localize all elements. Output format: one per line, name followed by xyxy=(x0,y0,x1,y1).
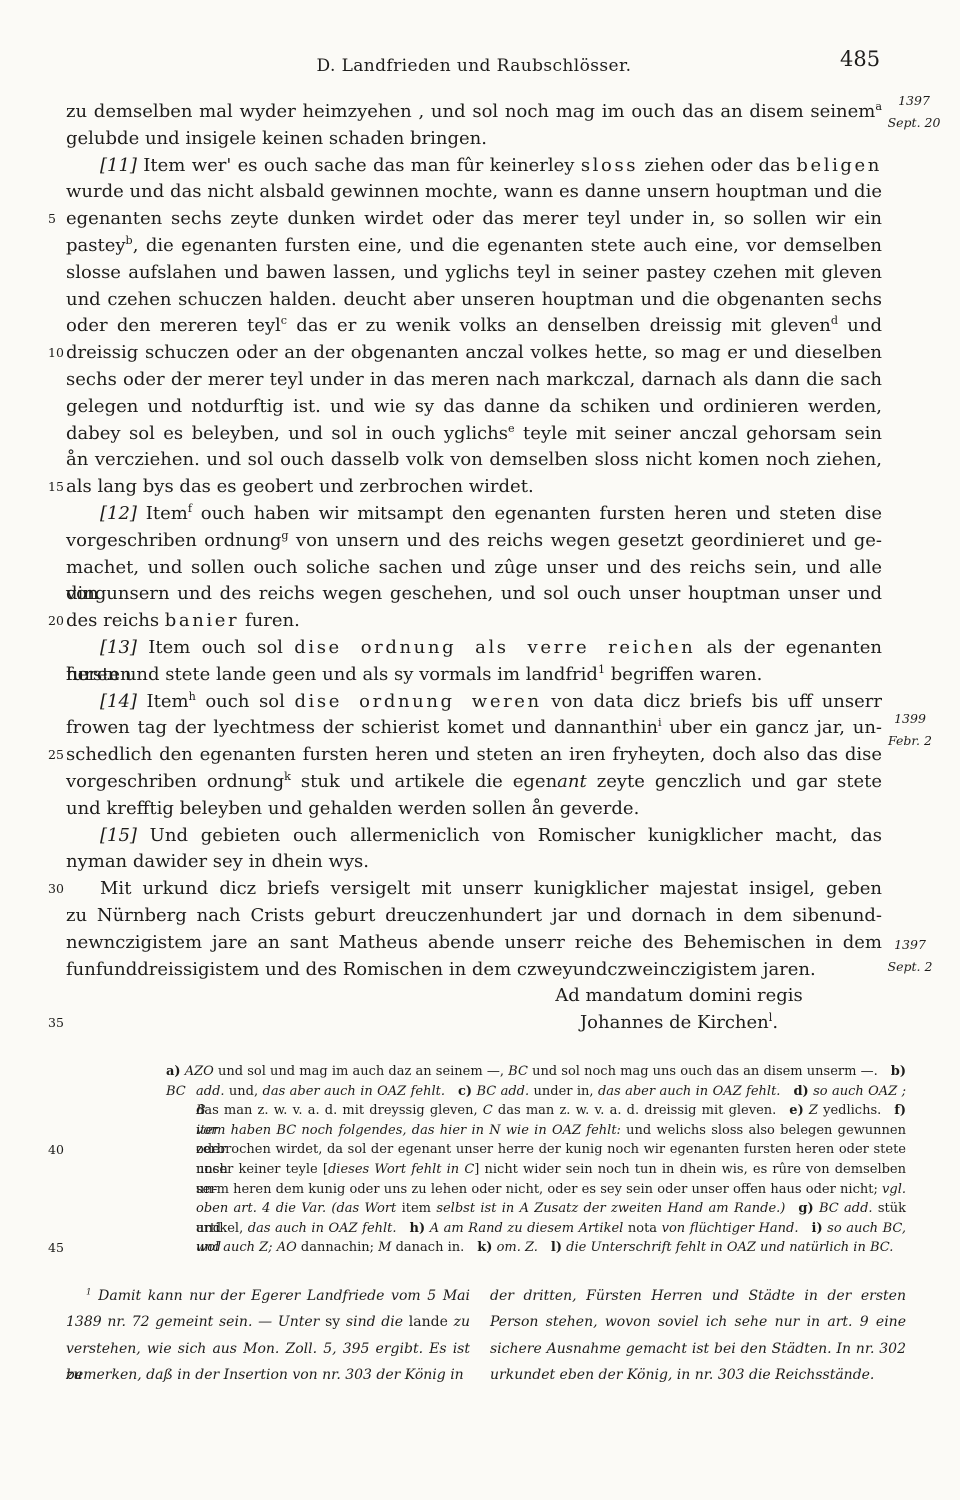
text-line: sechs oder der merer teyl under in das m… xyxy=(66,367,882,394)
text-line: slosse aufslahen und bawen lassen, und y… xyxy=(66,260,882,287)
text-line: heren und stete lande geen und als sy vo… xyxy=(66,662,882,689)
text-line: ån vercziehen. und sol ouch dasselb volk… xyxy=(66,447,882,474)
text-segment: [14] xyxy=(100,691,137,712)
text-line: 25schedlich den egenanten fursten heren … xyxy=(66,742,882,769)
book-page: D. Landfrieden und Raubschlösser. 485 zu… xyxy=(0,0,960,1500)
text-segment: A am Rand zu diesem Artikel xyxy=(430,1221,624,1236)
text-line: von unsern und des reichs wegen geschehe… xyxy=(66,581,882,608)
text-line: [14] Itemh ouch sol dise ordnung weren v… xyxy=(66,689,882,716)
text-line: 20des reichs banier furen. xyxy=(66,608,882,635)
text-segment: [12] xyxy=(100,503,137,524)
text-line: 1389 nr. 72 gemeint sein. — Unter sy sin… xyxy=(66,1309,470,1335)
margin-date-day: Sept. 2 xyxy=(874,956,946,978)
text-line: artikel, das auch in OAZ fehlt. h) A am … xyxy=(166,1219,906,1239)
text-segment: [11] xyxy=(100,155,137,176)
text-line: add. und, das aber auch in OAZ fehlt. c)… xyxy=(166,1082,906,1102)
margin-date-year: 1399 xyxy=(874,708,946,730)
text-segment: h) xyxy=(410,1221,426,1236)
footnote-marker: d xyxy=(831,314,838,327)
text-segment: banier xyxy=(165,610,239,631)
text-line: 5egenanten sechs zeyte dunken wirdet ode… xyxy=(66,206,882,233)
text-line: [13] Item ouch sol dise ordnung als verr… xyxy=(66,635,882,662)
text-line: item haben BC noch folgendes, das hier i… xyxy=(166,1121,906,1141)
margin-date-day: Sept. 20 xyxy=(878,112,950,134)
footnote-marker: f xyxy=(188,502,192,515)
text-segment: sloss xyxy=(581,155,638,176)
text-line: [11] Item wer' es ouch sache das man fûr… xyxy=(66,153,882,180)
text-segment: sy xyxy=(325,1314,340,1330)
text-line: vorgeschriben ordnungk stuk und artikele… xyxy=(66,769,882,796)
text-segment: oben art. 4 die Var. (das Wort xyxy=(196,1201,396,1216)
line-number: 10 xyxy=(48,340,64,367)
text-segment: dieses Wort fehlt in C xyxy=(328,1162,474,1177)
text-line: verstehen, wie sich aus Mon. Zoll. 5, 39… xyxy=(66,1336,470,1362)
text-line: dabey sol es beleyben, und sol in ouch y… xyxy=(66,421,882,448)
line-number: 30 xyxy=(48,876,64,903)
text-segment: c) xyxy=(458,1084,472,1099)
text-line: serm heren dem kunig oder uns zu lehen o… xyxy=(166,1180,906,1200)
footnote-marker: i xyxy=(658,716,662,729)
text-line: 35Johannes de Kirchenl. xyxy=(66,1010,882,1037)
text-segment: AZO xyxy=(185,1064,214,1079)
text-segment: d) xyxy=(793,1084,808,1099)
line-number: 5 xyxy=(48,206,56,233)
text-segment: item haben BC noch folgendes, das hier i… xyxy=(196,1123,621,1138)
text-line: unser keiner teyle [dieses Wort fehlt in… xyxy=(166,1160,906,1180)
footnote-marker: e xyxy=(508,422,515,435)
text-segment: das aber auch in OAZ fehlt. xyxy=(263,1084,445,1099)
text-segment: f) xyxy=(894,1103,906,1118)
text-line: [12] Itemf ouch haben wir mitsampt den e… xyxy=(66,501,882,528)
text-line: nyman dawider sey in dhein wys. xyxy=(66,849,882,876)
line-number: 45 xyxy=(48,1238,64,1258)
text-line: gelegen und notdurftig ist. und wie sy d… xyxy=(66,394,882,421)
text-line: funfunddreissigistem und des Romischen i… xyxy=(66,957,882,984)
text-segment: BC add. xyxy=(476,1084,529,1099)
main-text-block: zu demselben mal wyder heimzyehen , und … xyxy=(66,99,882,1037)
line-number: 20 xyxy=(48,608,64,635)
text-line: 1 Damit kann nur der Egerer Landfriede v… xyxy=(66,1283,470,1309)
text-segment: C xyxy=(483,1103,493,1118)
text-segment: e) xyxy=(789,1103,803,1118)
text-segment: M xyxy=(378,1240,391,1255)
text-segment: i) xyxy=(812,1221,823,1236)
text-segment: b) xyxy=(891,1064,906,1079)
text-segment: selbst ist in A Zusatz der zweiten Hand … xyxy=(436,1201,785,1216)
line-number: 35 xyxy=(48,1010,64,1037)
text-line: pasteyb, die egenanten fursten eine, und… xyxy=(66,233,882,260)
text-segment: vgl. xyxy=(882,1182,906,1197)
line-number: 15 xyxy=(48,474,64,501)
text-segment: k) xyxy=(477,1240,492,1255)
text-line: frowen tag der lyechtmess der schierist … xyxy=(66,715,882,742)
margin-date-day: Febr. 2 xyxy=(874,730,946,752)
text-segment: [15] xyxy=(100,825,137,846)
text-segment: von flüchtiger Hand. xyxy=(662,1221,799,1236)
footnote-marker: b xyxy=(126,234,133,247)
text-segment: das auch in OAZ fehlt. xyxy=(248,1221,397,1236)
text-line: 30Mit urkund dicz briefs versigelt mit u… xyxy=(66,876,882,903)
text-line: newnczigistem jare an sant Matheus abend… xyxy=(66,930,882,957)
text-line: sichere Ausnahme gemacht ist bei den Stä… xyxy=(490,1336,906,1362)
text-line: das man z. w. v. a. d. mit dreyssig glev… xyxy=(166,1101,906,1121)
text-segment: BC xyxy=(508,1064,528,1079)
margin-date-year: 1397 xyxy=(878,90,950,112)
footnote-marker: c xyxy=(281,314,287,327)
text-line: der dritten, Fürsten Herren und Städte i… xyxy=(490,1283,906,1309)
running-head: D. Landfrieden und Raubschlösser. xyxy=(66,56,882,76)
text-line: 40zerbrochen wirdet, da sol der egenant … xyxy=(166,1140,906,1160)
footnote-marker: g xyxy=(281,529,288,542)
text-line: Person stehen, wovon soviel ich sehe nur… xyxy=(490,1309,906,1335)
text-line: vorgeschriben ordnungg von unsern und de… xyxy=(66,528,882,555)
text-line: machet, und sollen ouch soliche sachen u… xyxy=(66,555,882,582)
text-segment: beligen xyxy=(796,155,882,176)
text-segment: Z xyxy=(809,1103,818,1118)
margin-date-note: 1399 Febr. 2 xyxy=(874,708,946,752)
text-line: oder den mereren teylc das er zu wenik v… xyxy=(66,313,882,340)
text-line: 15als lang bys das es geobert und zerbro… xyxy=(66,474,882,501)
margin-date-note: 1397 Sept. 20 xyxy=(878,90,950,134)
text-line: zu Nürnberg nach Crists geburt dreuczenh… xyxy=(66,903,882,930)
text-segment: dise ordnung weren xyxy=(294,691,541,712)
text-line: [15] Und gebieten ouch allermeniclich vo… xyxy=(66,823,882,850)
footnote-marker: h xyxy=(189,690,196,703)
text-segment: g) xyxy=(798,1201,813,1216)
page-number: 485 xyxy=(840,47,880,71)
text-segment: om. Z. xyxy=(497,1240,538,1255)
footnote-marker: l xyxy=(769,1011,773,1024)
footnote-column-right: der dritten, Fürsten Herren und Städte i… xyxy=(490,1283,906,1388)
text-line: bemerken, daß in der Insertion von nr. 3… xyxy=(66,1362,470,1388)
text-segment: l) xyxy=(551,1240,562,1255)
text-segment: lande xyxy=(409,1314,448,1330)
text-segment: [13] xyxy=(100,637,137,658)
critical-apparatus: a) AZO und sol und mag im auch daz an se… xyxy=(166,1062,906,1258)
text-line: zu demselben mal wyder heimzyehen , und … xyxy=(66,99,882,126)
footnote-marker: 1 xyxy=(86,1287,92,1297)
text-line: 10dreissig schuczen oder an der obgenant… xyxy=(66,340,882,367)
text-line: gelubde und insigele keinen schaden brin… xyxy=(66,126,882,153)
text-segment: a) xyxy=(166,1064,181,1079)
text-line: und czehen schuczen halden. deucht aber … xyxy=(66,287,882,314)
text-segment: add. xyxy=(196,1084,225,1099)
text-segment: das aber auch in OAZ fehlt. xyxy=(598,1084,780,1099)
text-line: wurde und das nicht alsbald gewinnen moc… xyxy=(66,179,882,206)
text-line: urkundet eben der König, in nr. 303 die … xyxy=(490,1362,906,1388)
text-segment: BC add. xyxy=(819,1201,873,1216)
line-number: 40 xyxy=(48,1140,64,1160)
margin-date-year: 1397 xyxy=(874,934,946,956)
footnote-marker: k xyxy=(284,770,291,783)
margin-date-note: 1397 Sept. 2 xyxy=(874,934,946,978)
text-line: oben art. 4 die Var. (das Wort item selb… xyxy=(166,1199,906,1219)
text-segment: dise ordnung als verre reichen xyxy=(294,637,695,658)
footnote-column-left: 1 Damit kann nur der Egerer Landfriede v… xyxy=(66,1283,470,1388)
text-segment: ant xyxy=(557,771,587,792)
text-segment: wol auch Z; AO xyxy=(196,1240,297,1255)
text-line: Ad mandatum domini regis xyxy=(66,983,882,1010)
text-line: 45wol auch Z; AO dannachin; M danach in.… xyxy=(166,1238,906,1258)
text-line: und krefftig beleyben und gehalden werde… xyxy=(66,796,882,823)
text-line: a) AZO und sol und mag im auch daz an se… xyxy=(166,1062,906,1082)
text-segment: die Unterschrift fehlt in OAZ und natürl… xyxy=(566,1240,893,1255)
footnote-marker: 1 xyxy=(598,663,605,676)
line-number: 25 xyxy=(48,742,64,769)
